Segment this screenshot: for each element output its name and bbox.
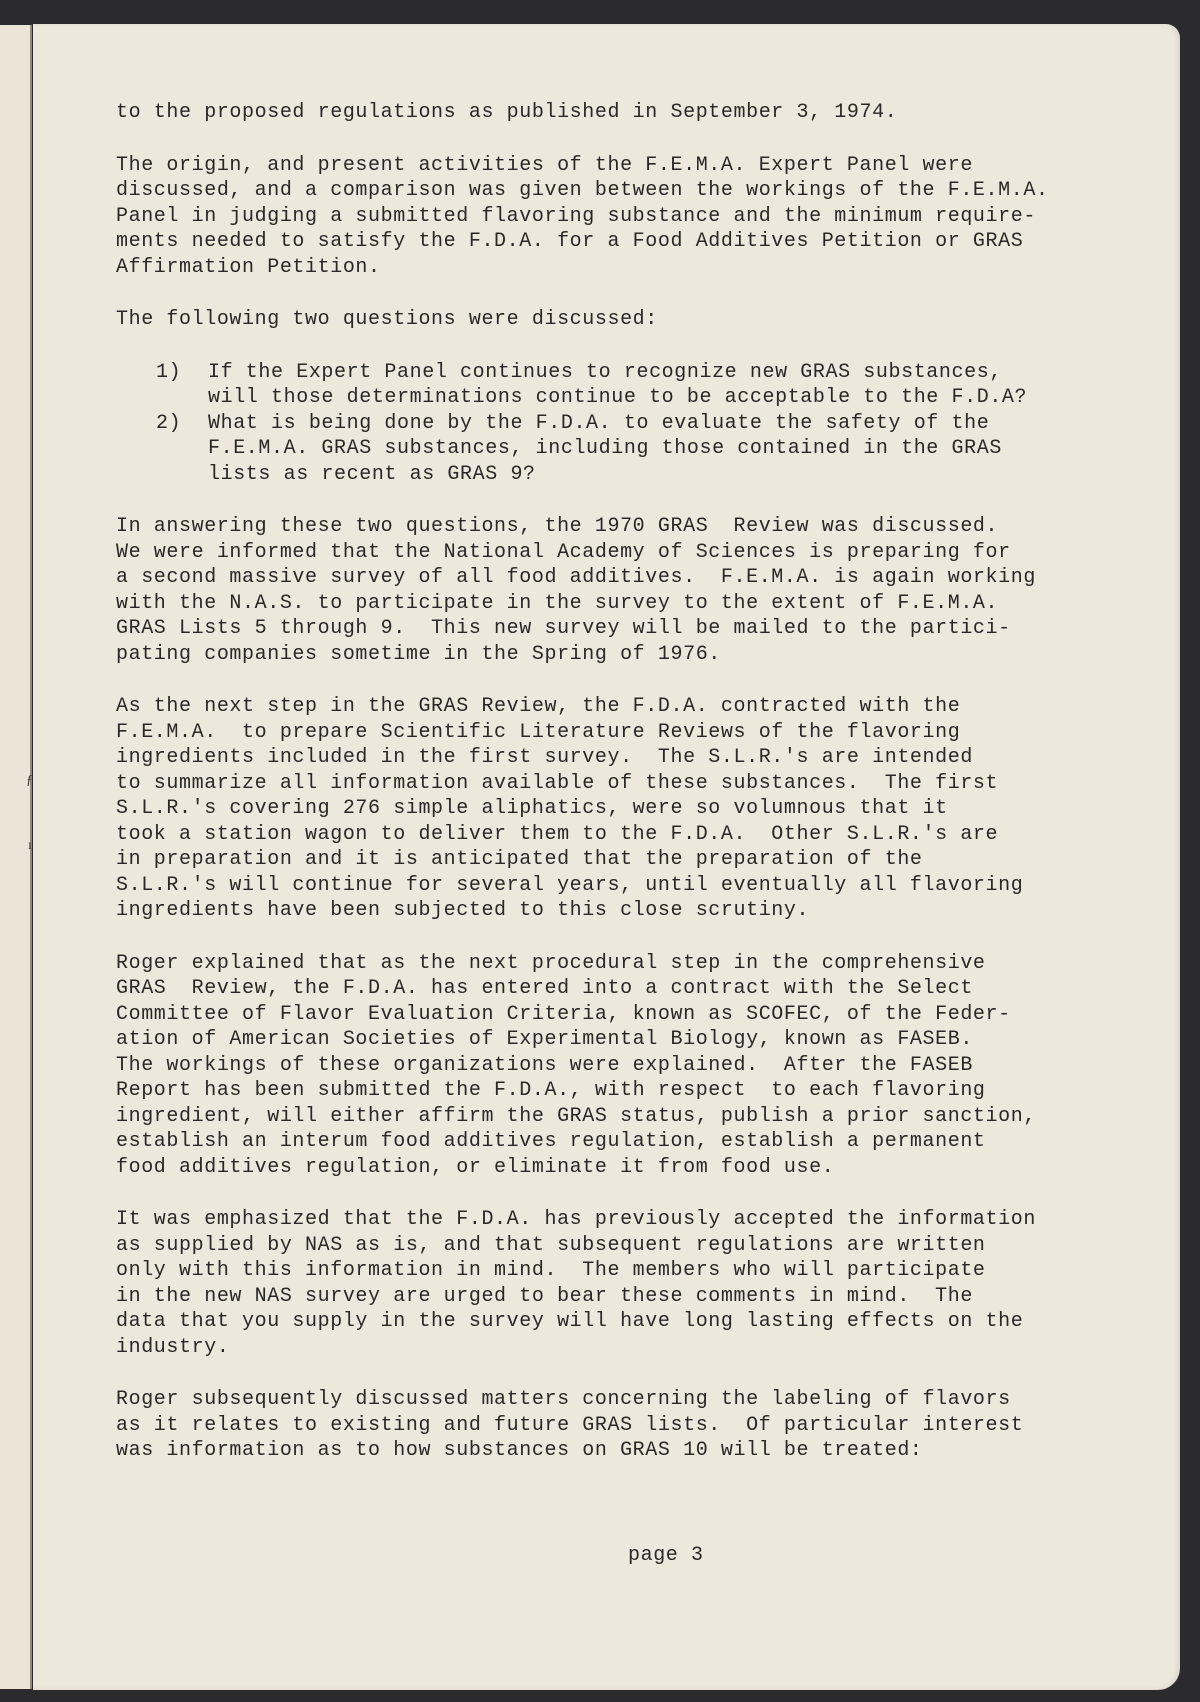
- document-body: to the proposed regulations as published…: [116, 100, 1116, 1491]
- paragraph: to the proposed regulations as published…: [116, 100, 1116, 126]
- paragraph: It was emphasized that the F.D.A. has pr…: [116, 1207, 1116, 1360]
- paragraph: The following two questions were discuss…: [116, 307, 1116, 333]
- questions-list: 1) If the Expert Panel continues to reco…: [116, 360, 1116, 488]
- list-item: 1) If the Expert Panel continues to reco…: [156, 360, 1116, 411]
- paragraph: In answering these two questions, the 19…: [116, 514, 1116, 667]
- page-number: page 3: [628, 1544, 704, 1567]
- paragraph: As the next step in the GRAS Review, the…: [116, 694, 1116, 924]
- paragraph: The origin, and present activities of th…: [116, 153, 1116, 281]
- margin-mark: ƒ: [26, 773, 33, 789]
- list-number: 2): [156, 411, 208, 488]
- facing-page-edge: [0, 25, 32, 1689]
- list-number: 1): [156, 360, 208, 411]
- list-text: What is being done by the F.D.A. to eval…: [208, 411, 1002, 488]
- margin-mark: ı: [28, 838, 32, 854]
- paragraph: Roger explained that as the next procedu…: [116, 951, 1116, 1181]
- paragraph: Roger subsequently discussed matters con…: [116, 1387, 1116, 1464]
- list-text: If the Expert Panel continues to recogni…: [208, 360, 1027, 411]
- list-item: 2) What is being done by the F.D.A. to e…: [156, 411, 1116, 488]
